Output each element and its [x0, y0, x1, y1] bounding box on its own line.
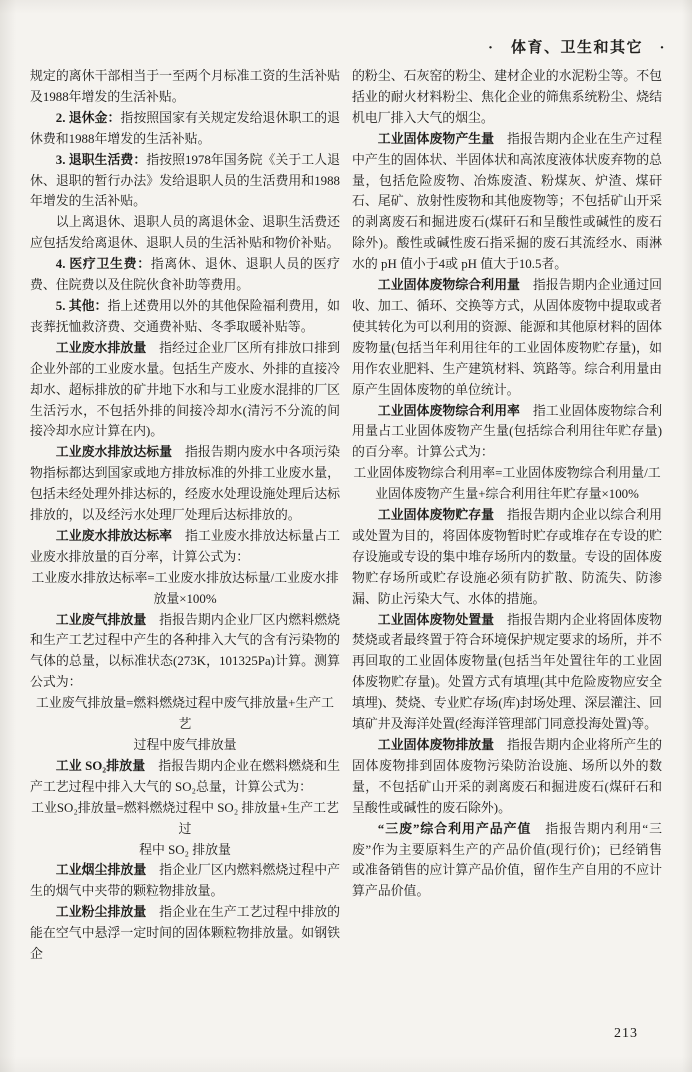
paragraph-text: 指报告期内企业在生产过程中产生的固体状、半固体状和高浓度液体状废弃物的总量，包括…	[352, 132, 662, 271]
definition-paragraph: 工业废水排放达标率 指工业废水排放达标量占工业废水排放量的百分率，计算公式为：	[30, 526, 340, 568]
term-label: 2. 退休金：	[56, 111, 121, 125]
section-header: · 体育、卫生和其它 ·	[488, 36, 666, 57]
formula-line: 程中 SO₂ 排放量	[30, 840, 340, 861]
definition-paragraph: 工业废水排放达标量 指报告期内废水中各项污染物指标都达到国家或地方排放标准的外排…	[30, 442, 340, 526]
term-label: 工业固体废物产生量	[378, 132, 507, 146]
term-label: 4. 医疗卫生费：	[56, 257, 151, 271]
definition-paragraph: 工业废水排放量 指经过企业厂区所有排放口排到企业外部的工业废水量。包括生产废水、…	[30, 338, 340, 443]
term-label: “三废”综合利用产品产值	[378, 822, 545, 836]
definition-paragraph: 3. 退职生活费：指按照1978年国务院《关于工人退休、退职的暂行办法》发给退职…	[30, 150, 340, 213]
formula: 工业SO₂排放量=燃料燃烧过程中 SO₂ 排放量+生产工艺过程中 SO₂ 排放量	[30, 798, 340, 861]
formula-line: 过程中废气排放量	[30, 735, 340, 756]
definition-paragraph: 工业烟尘排放量 指企业厂区内燃料燃烧过程中产生的烟气中夹带的颗粒物排放量。	[30, 860, 340, 902]
definition-paragraph: 工业固体废物排放量 指报告期内企业将所产生的固体废物排到固体废物污染防治设施、场…	[352, 735, 662, 819]
term-label: 工业废气排放量	[56, 613, 159, 627]
term-label: 工业废水排放达标量	[56, 445, 185, 459]
definition-paragraph: 5. 其他：指上述费用以外的其他保险福利费用，如丧葬抚恤救济费、交通费补贴、冬季…	[30, 296, 340, 338]
page-number: 213	[614, 1026, 638, 1042]
paragraph-text: 的粉尘、石灰窑的粉尘、建材企业的水泥粉尘等。不包括业的耐火材料粉尘、焦化企业的筛…	[352, 69, 662, 125]
term-label: 工业固体废物处置量	[378, 613, 507, 627]
term-label: 工业固体废物排放量	[378, 738, 507, 752]
definition-paragraph: 工业固体废物贮存量 指报告期内企业以综合利用或处置为目的，将固体废物暂时贮存或堆…	[352, 505, 662, 610]
definition-paragraph: 工业废气排放量 指报告期内企业厂区内燃料燃烧和生产工艺过程中产生的各种排入大气的…	[30, 610, 340, 694]
text-column-left: 规定的离休干部相当于一至两个月标准工资的生活补贴及1988年增发的生活补贴。2.…	[30, 66, 340, 965]
definition-paragraph: 4. 医疗卫生费：指离休、退休、退职人员的医疗费、住院费以及住院伙食补助等费用。	[30, 254, 340, 296]
term-label: 工业粉尘排放量	[56, 905, 159, 919]
formula-line: 工业废气排放量=燃料燃烧过程中废气排放量+生产工艺	[30, 693, 340, 735]
term-label: 工业烟尘排放量	[56, 863, 159, 877]
paragraph-text: 指报告期内企业通过回收、加工、循环、交换等方式，从固体废物中提取或者使其转化为可…	[352, 278, 662, 397]
definition-paragraph: 工业粉尘排放量 指企业在生产工艺过程中排放的能在空气中悬浮一定时间的固体颗粒物排…	[30, 902, 340, 965]
definition-paragraph: 工业 SO₂排放量 指报告期内企业在燃料燃烧和生产工艺过程中排入大气的 SO₂总…	[30, 756, 340, 798]
text-columns: 规定的离休干部相当于一至两个月标准工资的生活补贴及1988年增发的生活补贴。2.…	[30, 66, 662, 965]
term-label: 工业废水排放达标率	[56, 529, 185, 543]
term-label: 工业固体废物综合利用量	[378, 278, 533, 292]
formula-line: 放量×100%	[30, 589, 340, 610]
definition-paragraph: “三废”综合利用产品产值 指报告期内利用“三废”作为主要原料生产的产品价值(现行…	[352, 819, 662, 903]
term-label: 工业废水排放量	[56, 341, 159, 355]
paragraph-text: 以上离退休、退职人员的离退休金、退职生活费还应包括发给离退休、退职人员的生活补贴…	[30, 215, 340, 250]
paragraph-text: 规定的离休干部相当于一至两个月标准工资的生活补贴及1988年增发的生活补贴。	[30, 69, 340, 104]
formula-line: 工业固体废物综合利用率=工业固体废物综合利用量/工	[352, 463, 662, 484]
formula: 工业固体废物综合利用率=工业固体废物综合利用量/工业固体废物产生量+综合利用往年…	[352, 463, 662, 505]
paragraph-text: 指报告期内企业将固体废物焚烧或者最终置于符合环境保护规定要求的场所，并不再回取的…	[352, 613, 662, 732]
definition-paragraph: 工业固体废物处置量 指报告期内企业将固体废物焚烧或者最终置于符合环境保护规定要求…	[352, 610, 662, 735]
term-label: 工业固体废物综合利用率	[378, 404, 533, 418]
formula-line: 工业SO₂排放量=燃料燃烧过程中 SO₂ 排放量+生产工艺过	[30, 798, 340, 840]
term-label: 3. 退职生活费：	[56, 153, 146, 167]
formula: 工业废水排放达标率=工业废水排放达标量/工业废水排放量×100%	[30, 568, 340, 610]
scanned-document-page: · 体育、卫生和其它 · 规定的离休干部相当于一至两个月标准工资的生活补贴及19…	[0, 0, 692, 1072]
body-paragraph: 规定的离休干部相当于一至两个月标准工资的生活补贴及1988年增发的生活补贴。	[30, 66, 340, 108]
term-label: 5. 其他：	[56, 299, 108, 313]
term-label: 工业固体废物贮存量	[378, 508, 507, 522]
body-paragraph: 的粉尘、石灰窑的粉尘、建材企业的水泥粉尘等。不包括业的耐火材料粉尘、焦化企业的筛…	[352, 66, 662, 129]
formula-line: 工业废水排放达标率=工业废水排放达标量/工业废水排	[30, 568, 340, 589]
text-column-right: 的粉尘、石灰窑的粉尘、建材企业的水泥粉尘等。不包括业的耐火材料粉尘、焦化企业的筛…	[352, 66, 662, 965]
definition-paragraph: 工业固体废物综合利用率 指工业固体废物综合利用量占工业固体废物产生量(包括综合利…	[352, 401, 662, 464]
body-paragraph: 以上离退休、退职人员的离退休金、退职生活费还应包括发给离退休、退职人员的生活补贴…	[30, 212, 340, 254]
definition-paragraph: 2. 退休金：指按照国家有关规定发给退休职工的退休费和1988年增发的生活补贴。	[30, 108, 340, 150]
formula: 工业废气排放量=燃料燃烧过程中废气排放量+生产工艺过程中废气排放量	[30, 693, 340, 756]
paragraph-text: 指报告期内企业以综合利用或处置为目的，将固体废物暂时贮存或堆存在专设的贮存设施或…	[352, 508, 662, 606]
definition-paragraph: 工业固体废物综合利用量 指报告期内企业通过回收、加工、循环、交换等方式，从固体废…	[352, 275, 662, 400]
formula-line: 业固体废物产生量+综合利用往年贮存量×100%	[352, 484, 662, 505]
definition-paragraph: 工业固体废物产生量 指报告期内企业在生产过程中产生的固体状、半固体状和高浓度液体…	[352, 129, 662, 275]
term-label: 工业 SO₂排放量	[56, 759, 158, 773]
paragraph-text: 指经过企业厂区所有排放口排到企业外部的工业废水量。包括生产废水、外排的直接冷却水…	[30, 341, 340, 439]
